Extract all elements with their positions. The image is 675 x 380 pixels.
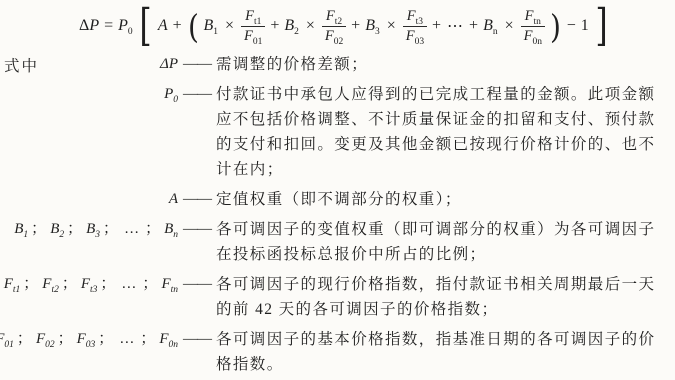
definition-dash: —— bbox=[183, 187, 211, 212]
delta-p-lhs: ΔP bbox=[79, 17, 99, 35]
multiply-operator: × bbox=[505, 17, 514, 34]
index-ratio-fraction: Ft2 F02 bbox=[322, 8, 346, 45]
multiply-operator: × bbox=[387, 17, 396, 34]
formula-term-n: Bn × Ftn F0n bbox=[483, 8, 545, 45]
multiply-operator: × bbox=[306, 17, 315, 34]
base-index-denominator: F03 bbox=[406, 27, 424, 45]
definition-dash: —— bbox=[183, 82, 211, 107]
right-paren: ) bbox=[550, 10, 561, 43]
right-bracket: ] bbox=[595, 4, 607, 48]
definition-dash: —— bbox=[183, 272, 211, 297]
symbol-a: A—— bbox=[0, 187, 216, 212]
base-index-denominator: F0n bbox=[524, 27, 542, 45]
definition-row-a: A—— 定值权重（即不调部分的权重）； bbox=[0, 187, 675, 212]
definition-text: 需调整的价格差额； bbox=[216, 52, 675, 77]
plus-sign: + bbox=[270, 17, 279, 35]
definition-row-delta-p: ΔP—— 需调整的价格差额； bbox=[0, 52, 675, 77]
variable-definitions: 式中 ΔP—— 需调整的价格差额； P0—— 付款证书中承包人应得到的已完成工程… bbox=[0, 52, 675, 377]
plus-sign: + bbox=[173, 17, 182, 35]
left-bracket: [ bbox=[139, 4, 151, 48]
price-adjustment-formula: ΔP = P0 [ A + ( B1 × Ft1 F01 + B2 × Ft2 … bbox=[0, 0, 675, 52]
weight-variable: B3 bbox=[365, 17, 380, 34]
definition-row-p0: P0—— 付款证书中承包人应得到的已完成工程量的金额。此项金额 应不包括价格调整… bbox=[0, 82, 675, 182]
weight-variable: B2 bbox=[284, 17, 299, 34]
symbol-f0-series: F01；F02；F03；…；F0n—— bbox=[0, 327, 216, 377]
definition-text: 各可调因子的基本价格指数，指基准日期的各可调因子的价 格指数。 bbox=[216, 327, 675, 377]
current-index-numerator: Ft3 bbox=[403, 8, 427, 27]
minus-sign: − bbox=[567, 17, 576, 35]
plus-sign: + bbox=[432, 17, 441, 35]
constant-one: 1 bbox=[581, 17, 589, 35]
equals-sign: = bbox=[104, 17, 113, 35]
index-ratio-fraction: Ftn F0n bbox=[521, 8, 545, 45]
definition-text: 各可调因子的现行价格指数，指付款证书相关周期最后一天 的前 42 天的各可调因子… bbox=[216, 272, 675, 322]
plus-sign: + bbox=[351, 17, 360, 35]
base-index-denominator: F02 bbox=[325, 27, 343, 45]
symbol-p0: P0—— bbox=[0, 82, 216, 182]
definition-row-f0-series: F01；F02；F03；…；F0n—— 各可调因子的基本价格指数，指基准日期的各… bbox=[0, 327, 675, 377]
plus-sign: + bbox=[469, 17, 478, 35]
formula-term-2: B2 × Ft2 F02 bbox=[284, 8, 346, 45]
current-index-numerator: Ft2 bbox=[322, 8, 346, 27]
definition-text: 各可调因子的变值权重（即可调部分的权重）为各可调因子 在投标函投标总报价中所占的… bbox=[216, 217, 675, 267]
definition-dash: —— bbox=[183, 52, 211, 77]
base-index-denominator: F01 bbox=[244, 27, 262, 45]
formula-term-1: B1 × Ft1 F01 bbox=[204, 8, 266, 45]
symbol-b-series: B1；B2；B3；…；Bn—— bbox=[0, 217, 216, 267]
symbol-ft-series: Ft1；Ft2；Ft3；…；Ftn—— bbox=[0, 272, 216, 322]
current-index-numerator: Ftn bbox=[521, 8, 545, 27]
definition-dash: —— bbox=[183, 217, 211, 242]
index-ratio-fraction: Ft1 F01 bbox=[241, 8, 265, 45]
weight-variable: Bn bbox=[483, 17, 498, 34]
definition-text: 付款证书中承包人应得到的已完成工程量的金额。此项金额 应不包括价格调整、不计质量… bbox=[216, 82, 675, 182]
left-paren: ( bbox=[188, 10, 199, 43]
definition-row-ft-series: Ft1；Ft2；Ft3；…；Ftn—— 各可调因子的现行价格指数，指付款证书相关… bbox=[0, 272, 675, 322]
definition-dash: —— bbox=[183, 327, 211, 352]
document-page: ΔP = P0 [ A + ( B1 × Ft1 F01 + B2 × Ft2 … bbox=[0, 0, 675, 380]
p0-variable: P0 bbox=[118, 17, 133, 35]
weight-variable: B1 bbox=[204, 17, 219, 34]
formula-intro-label: 式中 bbox=[4, 54, 39, 76]
multiply-operator: × bbox=[225, 17, 234, 34]
ellipsis-dots: ⋯ bbox=[447, 16, 463, 36]
definition-row-b-series: B1；B2；B3；…；Bn—— 各可调因子的变值权重（即可调部分的权重）为各可调… bbox=[0, 217, 675, 267]
formula-term-3: B3 × Ft3 F03 bbox=[365, 8, 427, 45]
definition-text: 定值权重（即不调部分的权重）； bbox=[216, 187, 675, 212]
current-index-numerator: Ft1 bbox=[241, 8, 265, 27]
index-ratio-fraction: Ft3 F03 bbox=[403, 8, 427, 45]
a-variable: A bbox=[158, 17, 168, 35]
